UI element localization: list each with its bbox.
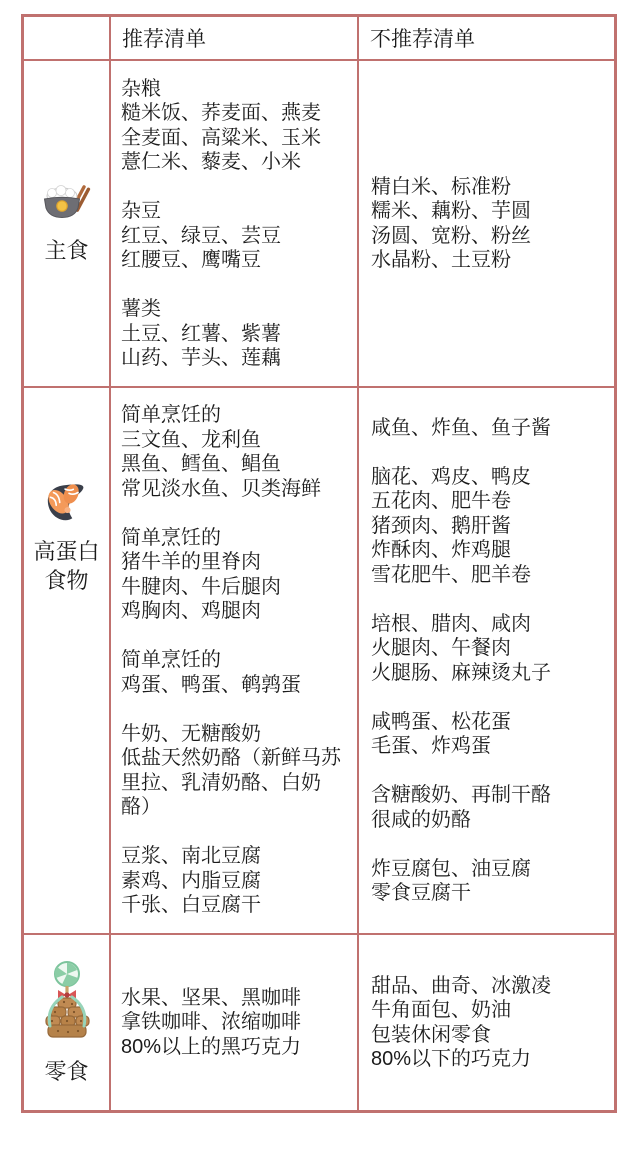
not-recommended-items: 甜品、曲奇、冰激凌 牛角面包、奶油 包装休闲零食 80%以下的巧克力 [359, 968, 557, 1078]
category-cell-snacks: 零食 [24, 935, 111, 1110]
recommended-items: 杂粮 糙米饭、荞麦面、燕麦 全麦面、高粱米、玉米 薏仁米、藜麦、小米 杂豆 红豆… [111, 71, 327, 377]
not-recommended-items: 咸鱼、炸鱼、鱼子酱 脑花、鸡皮、鸭皮 五花肉、肥牛卷 猪颈肉、鹅肝酱 炸酥肉、炸… [359, 410, 557, 912]
header-not-recommended-list: 不推荐清单 [359, 17, 614, 61]
category-cell-high-protein: 高蛋白 食物 [24, 388, 111, 935]
category-label: 高蛋白 食物 [33, 537, 99, 595]
not-recommended-cell-snacks: 甜品、曲奇、冰激凌 牛角面包、奶油 包装休闲零食 80%以下的巧克力 [359, 935, 614, 1110]
not-recommended-cell-high-protein: 咸鱼、炸鱼、鱼子酱 脑花、鸡皮、鸭皮 五花肉、肥牛卷 猪颈肉、鹅肝酱 炸酥肉、炸… [359, 388, 614, 935]
header-category-cell [24, 17, 111, 61]
category-label: 主食 [44, 236, 88, 265]
category-label: 零食 [44, 1057, 88, 1086]
recommended-cell-high-protein: 简单烹饪的 三文鱼、龙利鱼 黑鱼、鳕鱼、鲳鱼 常见淡水鱼、贝类海鲜 简单烹饪的 … [111, 388, 359, 935]
recommended-cell-snacks: 水果、坚果、黑咖啡 拿铁咖啡、浓缩咖啡 80%以上的黑巧克力 [111, 935, 359, 1110]
recommended-cell-staple: 杂粮 糙米饭、荞麦面、燕麦 全麦面、高粱米、玉米 薏仁米、藜麦、小米 杂豆 红豆… [111, 61, 359, 388]
recommended-items: 简单烹饪的 三文鱼、龙利鱼 黑鱼、鳕鱼、鲳鱼 常见淡水鱼、贝类海鲜 简单烹饪的 … [111, 397, 357, 924]
food-recommendation-table: 推荐清单 不推荐清单 主食 杂粮 糙米饭、荞麦面、燕麦 全麦面、高粱米、玉米 薏… [21, 14, 617, 1113]
salmon-icon [42, 480, 92, 526]
recommended-items: 水果、坚果、黑咖啡 拿铁咖啡、浓缩咖啡 80%以上的黑巧克力 [111, 980, 307, 1066]
not-recommended-cell-staple: 精白米、标准粉 糯米、藕粉、芋圆 汤圆、宽粉、粉丝 水晶粉、土豆粉 [359, 61, 614, 388]
snack-stack-icon [38, 960, 96, 1046]
rice-bowl-icon [43, 183, 91, 225]
not-recommended-items: 精白米、标准粉 糯米、藕粉、芋圆 汤圆、宽粉、粉丝 水晶粉、土豆粉 [359, 169, 537, 279]
category-cell-staple-food: 主食 [24, 61, 111, 388]
header-recommended-list: 推荐清单 [111, 17, 359, 61]
